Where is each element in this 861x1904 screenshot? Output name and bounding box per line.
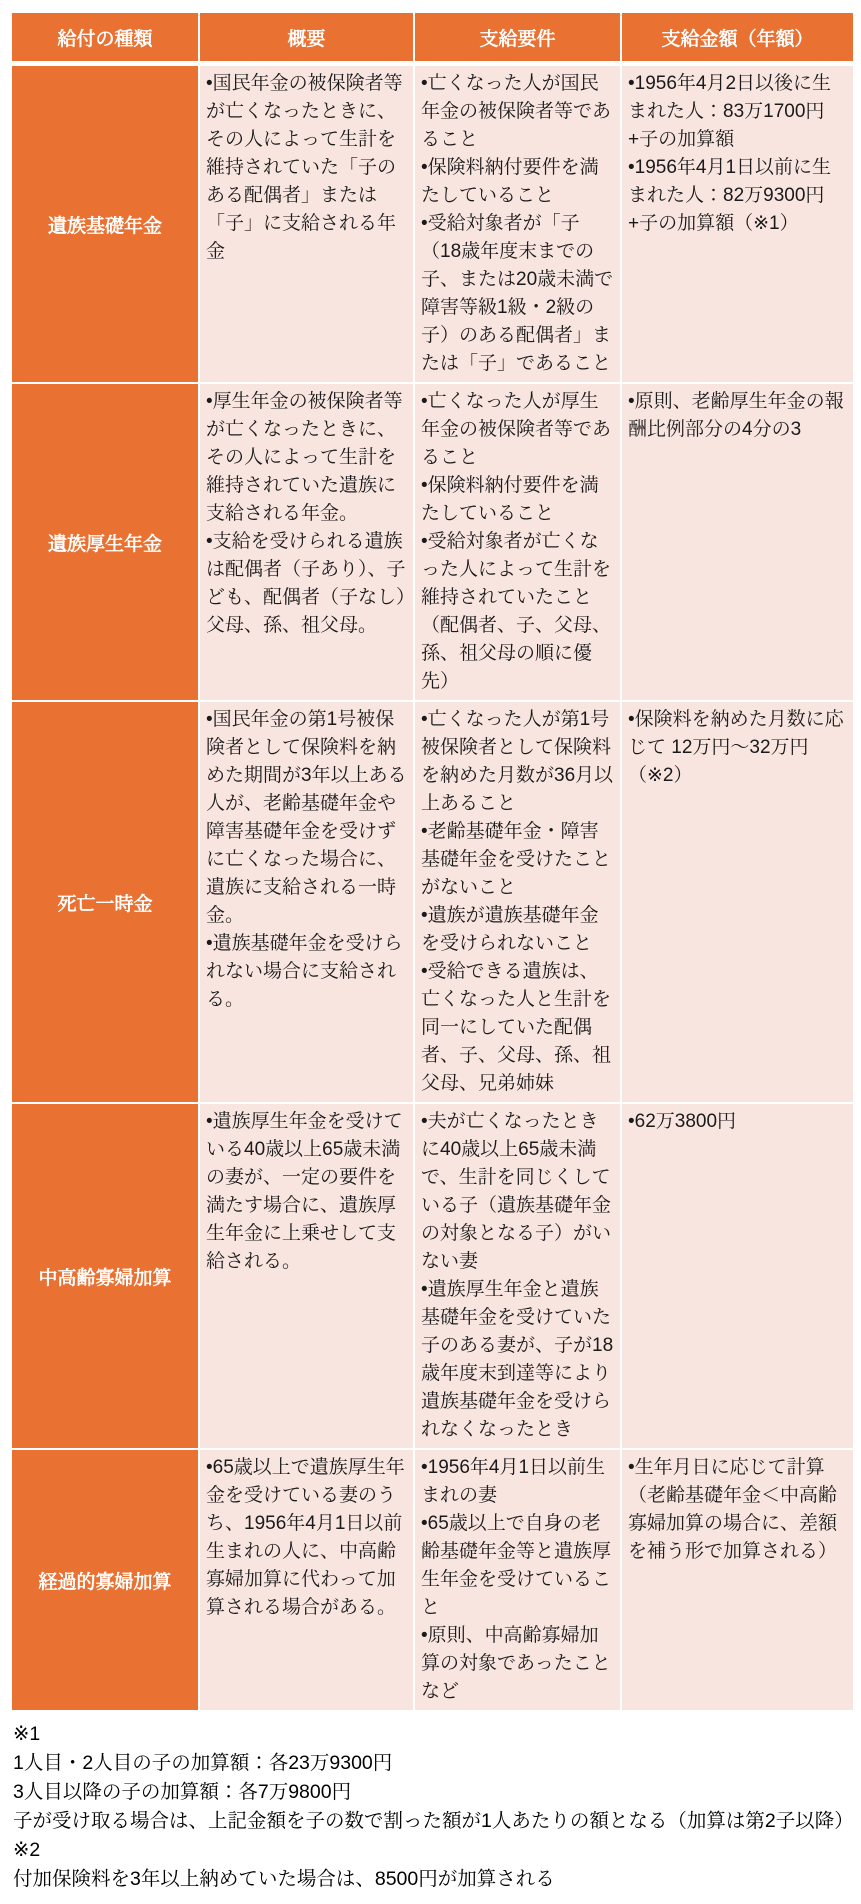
header-requirements: 支給要件 — [414, 12, 621, 64]
footnote-line: 3人目以降の子の加算額：各7万9800円 — [13, 1778, 853, 1807]
cell-requirements: •亡くなった人が国民年金の被保険者等であること•保険料納付要件を満たしていること… — [414, 64, 621, 384]
bullet-item: •遺族基礎年金を受けられない場合に支給される。 — [206, 930, 408, 1014]
bullet-item: •夫が亡くなったときに40歳以上65歳未満で、生計を同じくしている子（遺族基礎年… — [421, 1108, 615, 1276]
bullet-item: •1956年4月1日以前に生まれた人：82万9300円+子の加算額（※1） — [628, 154, 848, 238]
cell-requirements: •亡くなった人が厚生年金の被保険者等であること•保険料納付要件を満たしていること… — [414, 383, 621, 701]
bullet-item: •生年月日に応じて計算（老齢基礎年金＜中高齢寡婦加算の場合に、差額を補う形で加算… — [628, 1454, 848, 1566]
header-benefit-type: 給付の種類 — [11, 12, 199, 64]
cell-amount: •1956年4月2日以後に生まれた人：83万1700円+子の加算額•1956年4… — [621, 64, 854, 384]
bullet-item: •保険料納付要件を満たしていること — [421, 154, 615, 210]
cell-amount: •原則、老齢厚生年金の報酬比例部分の4分の3 — [621, 383, 854, 701]
bullet-item: •亡くなった人が厚生年金の被保険者等であること — [421, 388, 615, 472]
row-label: 経過的寡婦加算 — [11, 1449, 199, 1711]
bullet-item: •受給対象者が亡くなった人によって生計を維持されていたこと（配偶者、子、父母、孫… — [421, 528, 615, 696]
bullet-item: •原則、中高齢寡婦加算の対象であったことなど — [421, 1622, 615, 1706]
table-row: 経過的寡婦加算•65歳以上で遺族厚生年金を受けている妻のうち、1956年4月1日… — [11, 1449, 854, 1711]
cell-requirements: •亡くなった人が第1号被保険者として保険料を納めた月数が36月以上あること•老齢… — [414, 701, 621, 1103]
table-header: 給付の種類 概要 支給要件 支給金額（年額） — [11, 12, 854, 64]
cell-overview: •国民年金の被保険者等が亡くなったときに、その人によって生計を維持されていた「子… — [199, 64, 414, 384]
bullet-item: •亡くなった人が国民年金の被保険者等であること — [421, 70, 615, 154]
bullet-item: •遺族厚生年金と遺族基礎年金を受けていた子のある妻が、子が18歳年度末到達等によ… — [421, 1276, 615, 1444]
bullet-item: •原則、老齢厚生年金の報酬比例部分の4分の3 — [628, 388, 848, 444]
table-row: 遺族厚生年金•厚生年金の被保険者等が亡くなったときに、その人によって生計を維持さ… — [11, 383, 854, 701]
cell-overview: •国民年金の第1号被保険者として保険料を納めた期間が3年以上ある人が、老齢基礎年… — [199, 701, 414, 1103]
bullet-item: •国民年金の第1号被保険者として保険料を納めた期間が3年以上ある人が、老齢基礎年… — [206, 706, 408, 930]
cell-amount: •生年月日に応じて計算（老齢基礎年金＜中高齢寡婦加算の場合に、差額を補う形で加算… — [621, 1449, 854, 1711]
bullet-item: •亡くなった人が第1号被保険者として保険料を納めた月数が36月以上あること — [421, 706, 615, 818]
row-label: 遺族基礎年金 — [11, 64, 199, 384]
bullet-item: •65歳以上で遺族厚生年金を受けている妻のうち、1956年4月1日以前生まれの人… — [206, 1454, 408, 1622]
row-label: 中高齢寡婦加算 — [11, 1103, 199, 1449]
bullet-item: •遺族が遺族基礎年金を受けられないこと — [421, 902, 615, 958]
header-overview: 概要 — [199, 12, 414, 64]
bullet-item: •遺族厚生年金を受けている40歳以上65歳未満の妻が、一定の要件を満たす場合に、… — [206, 1108, 408, 1276]
survivor-pension-benefits-table: 給付の種類 概要 支給要件 支給金額（年額） 遺族基礎年金•国民年金の被保険者等… — [10, 11, 855, 1712]
footnote-line: ※2 — [13, 1836, 853, 1865]
bullet-item: •1956年4月2日以後に生まれた人：83万1700円+子の加算額 — [628, 70, 848, 154]
footnote-line: 1人目・2人目の子の加算額：各23万9300円 — [13, 1749, 853, 1778]
bullet-item: •受給できる遺族は、亡くなった人と生計を同一にしていた配偶者、子、父母、孫、祖父… — [421, 958, 615, 1098]
table-body: 遺族基礎年金•国民年金の被保険者等が亡くなったときに、その人によって生計を維持さ… — [11, 64, 854, 1712]
bullet-item: •国民年金の被保険者等が亡くなったときに、その人によって生計を維持されていた「子… — [206, 70, 408, 266]
bullet-item: •受給対象者が「子（18歳年度末までの子、または20歳未満で障害等級1級・2級の… — [421, 210, 615, 378]
footnote-line: 子が受け取る場合は、上記金額を子の数で割った額が1人あたりの額となる（加算は第2… — [13, 1807, 853, 1836]
table-row: 死亡一時金•国民年金の第1号被保険者として保険料を納めた期間が3年以上ある人が、… — [11, 701, 854, 1103]
cell-requirements: •夫が亡くなったときに40歳以上65歳未満で、生計を同じくしている子（遺族基礎年… — [414, 1103, 621, 1449]
cell-requirements: •1956年4月1日以前生まれの妻•65歳以上で自身の老齢基礎年金等と遺族厚生年… — [414, 1449, 621, 1711]
cell-amount: •保険料を納めた月数に応じて 12万円～32万円（※2） — [621, 701, 854, 1103]
footnote-line: ※1 — [13, 1720, 853, 1749]
bullet-item: •厚生年金の被保険者等が亡くなったときに、その人によって生計を維持されていた遺族… — [206, 388, 408, 528]
header-row: 給付の種類 概要 支給要件 支給金額（年額） — [11, 12, 854, 64]
bullet-item: •1956年4月1日以前生まれの妻 — [421, 1454, 615, 1510]
footnote-line: 付加保険料を3年以上納めていた場合は、8500円が加算される — [13, 1865, 853, 1894]
cell-overview: •遺族厚生年金を受けている40歳以上65歳未満の妻が、一定の要件を満たす場合に、… — [199, 1103, 414, 1449]
bullet-item: •老齢基礎年金・障害基礎年金を受けたことがないこと — [421, 818, 615, 902]
bullet-item: •保険料を納めた月数に応じて 12万円～32万円（※2） — [628, 706, 848, 790]
table-row: 遺族基礎年金•国民年金の被保険者等が亡くなったときに、その人によって生計を維持さ… — [11, 64, 854, 384]
table-row: 中高齢寡婦加算•遺族厚生年金を受けている40歳以上65歳未満の妻が、一定の要件を… — [11, 1103, 854, 1449]
row-label: 遺族厚生年金 — [11, 383, 199, 701]
bullet-item: •保険料納付要件を満たしていること — [421, 472, 615, 528]
cell-overview: •65歳以上で遺族厚生年金を受けている妻のうち、1956年4月1日以前生まれの人… — [199, 1449, 414, 1711]
bullet-item: •65歳以上で自身の老齢基礎年金等と遺族厚生年金を受けていること — [421, 1510, 615, 1622]
row-label: 死亡一時金 — [11, 701, 199, 1103]
bullet-item: •62万3800円 — [628, 1108, 848, 1136]
bullet-item: •支給を受けられる遺族は配偶者（子あり）、子ども、配偶者（子なし）父母、孫、祖父… — [206, 528, 408, 640]
page: 給付の種類 概要 支給要件 支給金額（年額） 遺族基礎年金•国民年金の被保険者等… — [0, 0, 861, 1904]
cell-amount: •62万3800円 — [621, 1103, 854, 1449]
footnotes: ※11人目・2人目の子の加算額：各23万9300円3人目以降の子の加算額：各7万… — [13, 1720, 853, 1894]
cell-overview: •厚生年金の被保険者等が亡くなったときに、その人によって生計を維持されていた遺族… — [199, 383, 414, 701]
header-amount: 支給金額（年額） — [621, 12, 854, 64]
